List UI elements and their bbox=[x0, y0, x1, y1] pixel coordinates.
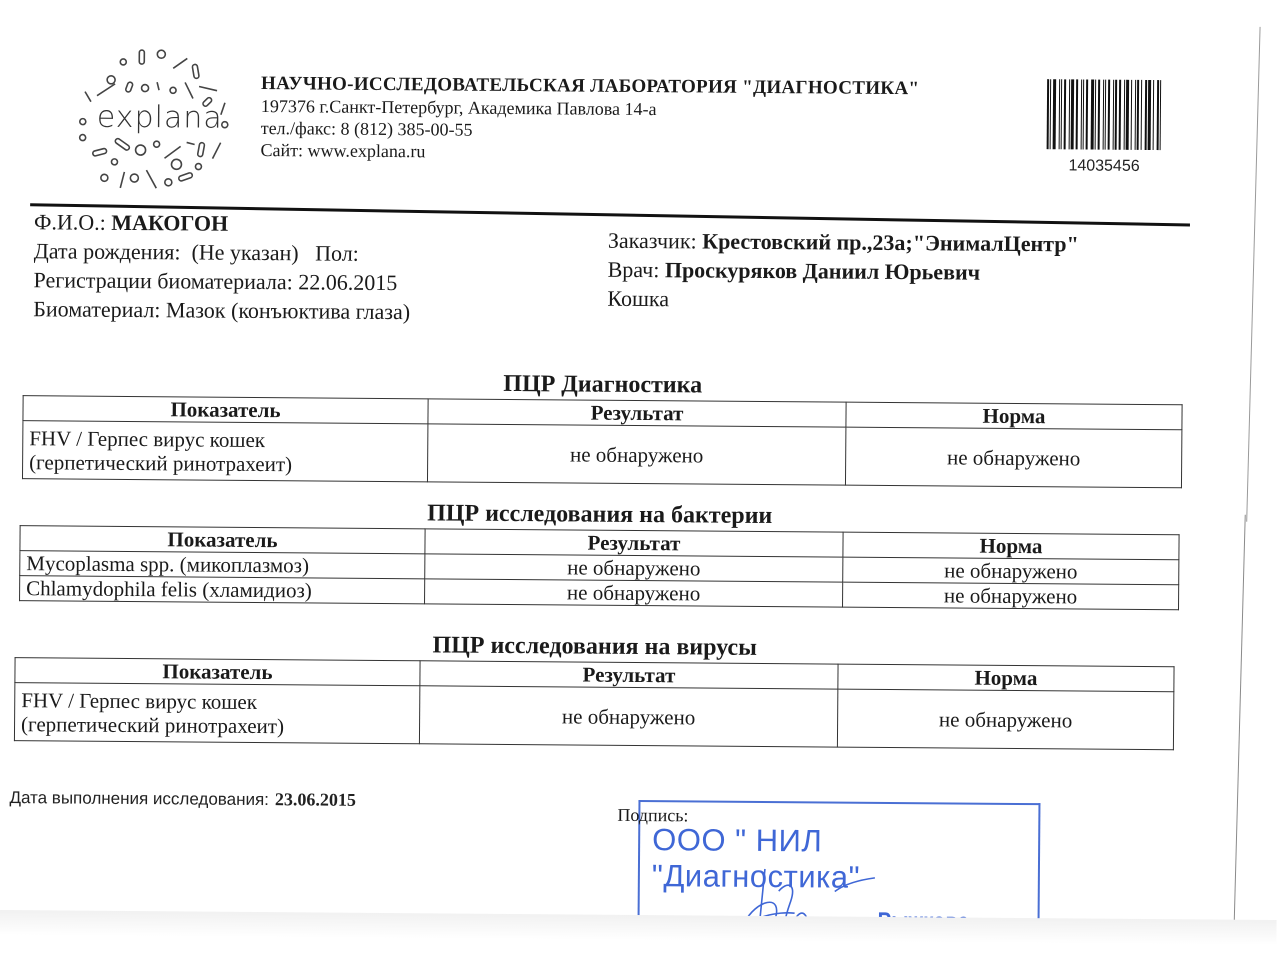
barcode-bar bbox=[1085, 79, 1088, 149]
paper-edge bbox=[1246, 27, 1260, 522]
order-customer: Заказчик: Крестовский пр.,23а;"ЭнималЦен… bbox=[608, 226, 1079, 259]
result-cell: не обнаружено bbox=[425, 579, 843, 607]
barcode-bar bbox=[1153, 80, 1155, 150]
scanned-lab-report: explana НАУЧНО-ИССЛЕДОВАТЕЛЬСКАЯ ЛАБОРАТ… bbox=[0, 0, 1280, 957]
execution-date-label: Дата выполнения исследования: bbox=[9, 788, 269, 809]
results-table-pcr-diagnostics: Показатель Результат Норма FHV / Герпес … bbox=[22, 395, 1183, 488]
doctor-value: Проскуряков Даниил Юрьевич bbox=[665, 257, 980, 284]
norm-cell: не обнаружено bbox=[843, 557, 1179, 585]
patient-info: Ф.И.О.: МАКОГОН Дата рождения: (Не указа… bbox=[33, 207, 411, 326]
barcode-bar bbox=[1053, 79, 1056, 149]
barcode-bar bbox=[1137, 80, 1140, 150]
barcode-bar bbox=[1148, 80, 1151, 150]
barcode-bar bbox=[1060, 79, 1062, 149]
norm-cell: не обнаружено bbox=[845, 427, 1181, 488]
table-row: FHV / Герпес вирус кошек(герпетический р… bbox=[22, 421, 1181, 488]
column-header-norm: Норма bbox=[838, 664, 1174, 692]
patient-biomaterial: Биоматериал: Мазок (конъюктива глаза) bbox=[33, 294, 410, 326]
results-table-pcr-bacteria: Показатель Результат Норма Mycoplasma sp… bbox=[19, 525, 1180, 610]
order-doctor: Врач: Проскуряков Даниил Юрьевич bbox=[608, 255, 1079, 288]
barcode-bar bbox=[1126, 80, 1129, 150]
barcode-number: 14035456 bbox=[1068, 157, 1139, 176]
column-header-result: Результат bbox=[420, 661, 838, 689]
column-header-result: Результат bbox=[425, 529, 843, 557]
fio-label: Ф.И.О.: bbox=[34, 209, 106, 235]
execution-date-value: 23.06.2015 bbox=[275, 789, 356, 810]
norm-cell: не обнаружено bbox=[837, 689, 1173, 750]
execution-date: Дата выполнения исследования:23.06.2015 bbox=[9, 787, 356, 811]
lab-header: НАУЧНО-ИССЛЕДОВАТЕЛЬСКАЯ ЛАБОРАТОРИЯ "ДИ… bbox=[260, 73, 919, 166]
column-header-norm: Норма bbox=[846, 402, 1182, 430]
column-header-norm: Норма bbox=[843, 532, 1179, 560]
result-cell: не обнаружено bbox=[419, 686, 837, 747]
customer-label: Заказчик: bbox=[608, 228, 697, 254]
order-species: Кошка bbox=[607, 284, 1078, 317]
indicator-line: FHV / Герпес вирус кошек bbox=[29, 426, 421, 453]
fio-value: МАКОГОН bbox=[111, 210, 228, 236]
logo-text: explana bbox=[97, 100, 223, 136]
barcode-bar bbox=[1063, 79, 1066, 149]
paper-bottom-shadow bbox=[0, 910, 1277, 957]
results-table-pcr-viruses: Показатель Результат Норма FHV / Герпес … bbox=[14, 657, 1175, 750]
column-header-indicator: Показатель bbox=[15, 658, 420, 686]
barcode-bar bbox=[1107, 80, 1110, 150]
column-header-indicator: Показатель bbox=[20, 526, 425, 554]
barcode-bar bbox=[1119, 80, 1122, 150]
barcode-bar bbox=[1090, 80, 1093, 150]
indicator-cell: FHV / Герпес вирус кошек(герпетический р… bbox=[22, 421, 427, 482]
lab-site: Сайт: www.explana.ru bbox=[260, 139, 918, 166]
indicator-line: (герпетический ринотрахеит) bbox=[21, 712, 413, 739]
barcode-bar bbox=[1050, 79, 1052, 149]
indicator-line: FHV / Герпес вирус кошек bbox=[21, 688, 413, 715]
patient-birth: Дата рождения: (Не указан) Пол: bbox=[34, 236, 411, 268]
barcode-bar bbox=[1082, 79, 1084, 149]
barcode-bar bbox=[1160, 80, 1162, 150]
norm-cell: не обнаружено bbox=[843, 582, 1179, 610]
barcode-bar bbox=[1094, 80, 1096, 150]
barcode-bar bbox=[1075, 79, 1078, 149]
result-cell: не обнаружено bbox=[427, 424, 845, 485]
barcode-bar bbox=[1131, 80, 1133, 150]
barcode-bar bbox=[1097, 80, 1100, 150]
barcode-icon bbox=[1047, 79, 1164, 150]
patient-registration: Регистрации биоматериала: 22.06.2015 bbox=[33, 265, 410, 297]
signature-label: Подпись: bbox=[617, 805, 688, 827]
order-info: Заказчик: Крестовский пр.,23а;"ЭнималЦен… bbox=[607, 226, 1079, 317]
indicator-cell: Chlamydophila felis (хламидиоз) bbox=[20, 576, 425, 604]
column-header-indicator: Показатель bbox=[23, 396, 428, 424]
indicator-line: (герпетический ринотрахеит) bbox=[29, 450, 421, 477]
table-row: FHV / Герпес вирус кошек(герпетический р… bbox=[14, 683, 1173, 750]
barcode-bar bbox=[1104, 80, 1106, 150]
paper-edge bbox=[1233, 515, 1245, 935]
column-header-result: Результат bbox=[428, 399, 846, 427]
patient-fio: Ф.И.О.: МАКОГОН bbox=[34, 207, 411, 239]
result-cell: не обнаружено bbox=[425, 554, 843, 582]
barcode-bar bbox=[1115, 80, 1118, 150]
barcode-bar bbox=[1070, 79, 1073, 149]
indicator-cell: Mycoplasma spp. (микоплазмоз) bbox=[20, 551, 425, 579]
explana-logo: explana bbox=[74, 46, 235, 197]
barcode-bar bbox=[1141, 80, 1143, 150]
customer-value: Крестовский пр.,23а;"ЭнималЦентр" bbox=[702, 228, 1079, 256]
doctor-label: Врач: bbox=[608, 257, 660, 282]
indicator-cell: FHV / Герпес вирус кошек(герпетический р… bbox=[14, 683, 419, 744]
